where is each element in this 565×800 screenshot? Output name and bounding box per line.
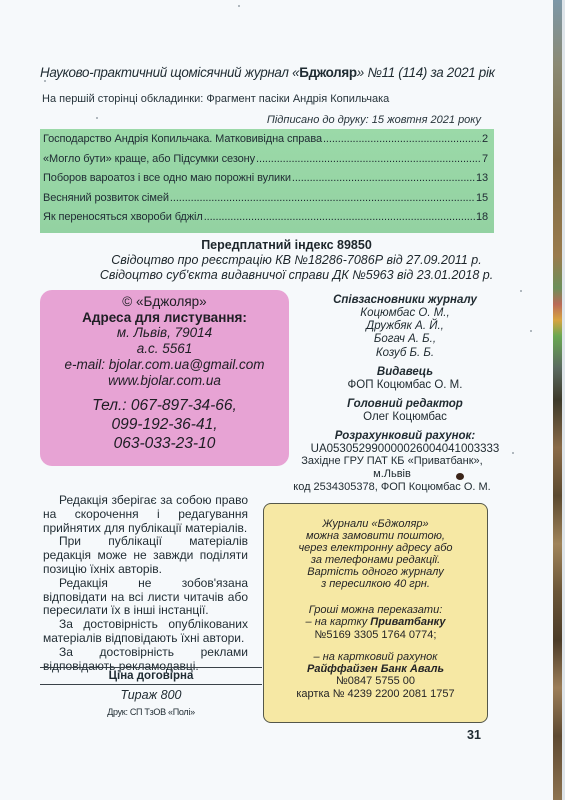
address-heading: Адреса для листування:: [40, 310, 289, 325]
order-line: з пересилкою 40 грн.: [264, 578, 487, 590]
table-of-contents: Господарство Андрія Копильчака. Матковив…: [40, 129, 494, 233]
publisher-heading: Видавець: [290, 365, 520, 379]
registration-certificate: Свідоцтво про реєстрацію КВ №18286-7086Р…: [0, 253, 553, 267]
phone-number[interactable]: Тел.: 067-897-34-66,: [40, 396, 289, 415]
publisher-name: ФОП Коцюмбас О. М.: [290, 379, 520, 392]
aval-account-number: №0847 5755 00: [264, 675, 487, 687]
aval-bank-name: Райффайзен Банк Аваль: [264, 663, 487, 675]
privat-card-number: №5169 3305 1764 0774;: [264, 629, 487, 641]
note-paragraph: При публікації матеріалів редакція може …: [43, 535, 248, 576]
toc-page: 15: [476, 192, 488, 204]
toc-leader-dots: [256, 153, 481, 165]
credits-column: Співзасновники журналу Коцюмбас О. М., Д…: [290, 293, 520, 456]
toc-page: 13: [476, 172, 488, 184]
order-box: Журнали «Бджоляр» можна замовити поштою,…: [263, 503, 488, 723]
toc-title: «Могло бути» краще, або Підсумки сезону: [43, 153, 255, 165]
phone-list: Тел.: 067-897-34-66, 099-192-36-41, 063-…: [40, 396, 289, 453]
note-paragraph: За достовірність опублікованих матеріалі…: [43, 618, 248, 646]
signed-to-print: Підписано до друку: 15 жовтня 2021 року: [267, 114, 481, 126]
order-info: Журнали «Бджоляр» можна замовити поштою,…: [264, 518, 487, 590]
speck: [520, 290, 522, 292]
journal-title: Науково-практичний щомісячний журнал «Бд…: [40, 65, 495, 80]
order-line: Вартість одного журналу: [264, 566, 487, 578]
phone-number[interactable]: 063-033-23-10: [40, 434, 289, 453]
note-paragraph: Редакція зберігає за собою право на скор…: [43, 494, 248, 535]
page-number: 31: [467, 728, 481, 742]
order-line: через електронну адресу або: [264, 542, 487, 554]
speck: [441, 312, 443, 314]
privat-bank-name: Приватбанку: [370, 616, 445, 628]
toc-title: Господарство Андрія Копильчака. Матковив…: [43, 133, 322, 145]
po-box: а.с. 5561: [40, 341, 289, 357]
email-link[interactable]: e-mail: bjolar.com.ua@gmail.com: [40, 357, 289, 373]
toc-item[interactable]: «Могло бути» краще, або Підсумки сезону7: [40, 153, 494, 173]
toc-page: 2: [482, 133, 488, 145]
toc-leader-dots: [204, 211, 475, 223]
phone-number[interactable]: 099-192-36-41,: [40, 415, 289, 434]
note-paragraph: Редакція не зобов'язана відповідати на в…: [43, 577, 248, 618]
aval-card-number: картка № 4239 2200 2081 1757: [264, 688, 487, 700]
privat-prefix: – на картку: [306, 616, 371, 628]
ink-stain: [456, 473, 464, 480]
divider: [40, 667, 262, 668]
toc-page: 18: [476, 211, 488, 223]
divider: [40, 684, 262, 685]
speck: [44, 80, 46, 82]
subscription-index: Передплатний індекс 89850: [0, 238, 553, 252]
transfer-heading: Гроші можна переказати:: [264, 604, 487, 616]
website-link[interactable]: www.bjolar.com.ua: [40, 373, 289, 389]
circulation: Тираж 800: [40, 688, 262, 702]
publisher-certificate: Свідоцтво суб'єкта видавничої справи ДК …: [0, 268, 553, 282]
cofounder: Коцюмбас О. М.,: [290, 307, 520, 320]
order-line: за телефонами редакції.: [264, 554, 487, 566]
toc-leader-dots: [170, 192, 475, 204]
cofounder: Дружбяк А. Й.,: [290, 320, 520, 333]
title-prefix: Науково-практичний щомісячний журнал «: [40, 65, 299, 80]
title-suffix: » №11 (114) за 2021 рік: [357, 65, 495, 80]
cover-note: На першій сторінці обкладинки: Фрагмент …: [42, 93, 389, 105]
speck: [96, 117, 98, 119]
bank-city: м.Львів: [268, 468, 516, 481]
bank-code: код 2534305378, ФОП Коцюмбас О. М.: [268, 481, 516, 494]
magazine-page: Науково-практичний щомісячний журнал «Бд…: [0, 0, 553, 800]
toc-item[interactable]: Як переносяться хвороби бджіл18: [40, 211, 494, 231]
toc-leader-dots: [323, 133, 481, 145]
privat-line: – на картку Приватбанку: [264, 616, 487, 628]
toc-page: 7: [482, 153, 488, 165]
bank-details: Західне ГРУ ПАТ КБ «Приватбанк», м.Львів…: [268, 455, 516, 494]
speck: [512, 452, 514, 454]
cofounder: Козуб Б. Б.: [290, 347, 520, 360]
toc-title: Як переносяться хвороби бджіл: [43, 211, 203, 223]
order-line: можна замовити поштою,: [264, 530, 487, 542]
toc-item[interactable]: Весняний розвиток сімей15: [40, 192, 494, 212]
toc-title: Весняний розвиток сімей: [43, 192, 169, 204]
toc-leader-dots: [292, 172, 475, 184]
toc-title: Поборов вароатоз і все одно маю порожні …: [43, 172, 291, 184]
toc-item[interactable]: Господарство Андрія Копильчака. Матковив…: [40, 133, 494, 153]
cofounder: Богач А. Б.,: [290, 333, 520, 346]
address-city: м. Львів, 79014: [40, 325, 289, 341]
order-line: Журнали «Бджоляр»: [264, 518, 487, 530]
account-heading: Розрахунковий рахунок:: [290, 429, 520, 443]
price: Ціна договірна: [40, 670, 262, 682]
journal-brand: Бджоляр: [299, 65, 357, 80]
speck: [238, 5, 240, 7]
cofounders-heading: Співзасновники журналу: [290, 293, 520, 307]
contact-box: © «Бджоляр» Адреса для листування: м. Ль…: [40, 290, 289, 466]
payment-info: Гроші можна переказати: – на картку Прив…: [264, 604, 487, 700]
aval-prefix: – на картковий рахунок: [264, 651, 487, 663]
editor-name: Олег Коцюмбас: [290, 411, 520, 424]
toc-item[interactable]: Поборов вароатоз і все одно маю порожні …: [40, 172, 494, 192]
printer: Друк: СП ТзОВ «Полі»: [40, 707, 262, 717]
editorial-notes: Редакція зберігає за собою право на скор…: [43, 494, 248, 673]
editor-heading: Головний редактор: [290, 397, 520, 411]
bank-name: Західне ГРУ ПАТ КБ «Приватбанк»,: [268, 455, 516, 468]
copyright: © «Бджоляр»: [40, 294, 289, 309]
speck: [530, 330, 532, 332]
